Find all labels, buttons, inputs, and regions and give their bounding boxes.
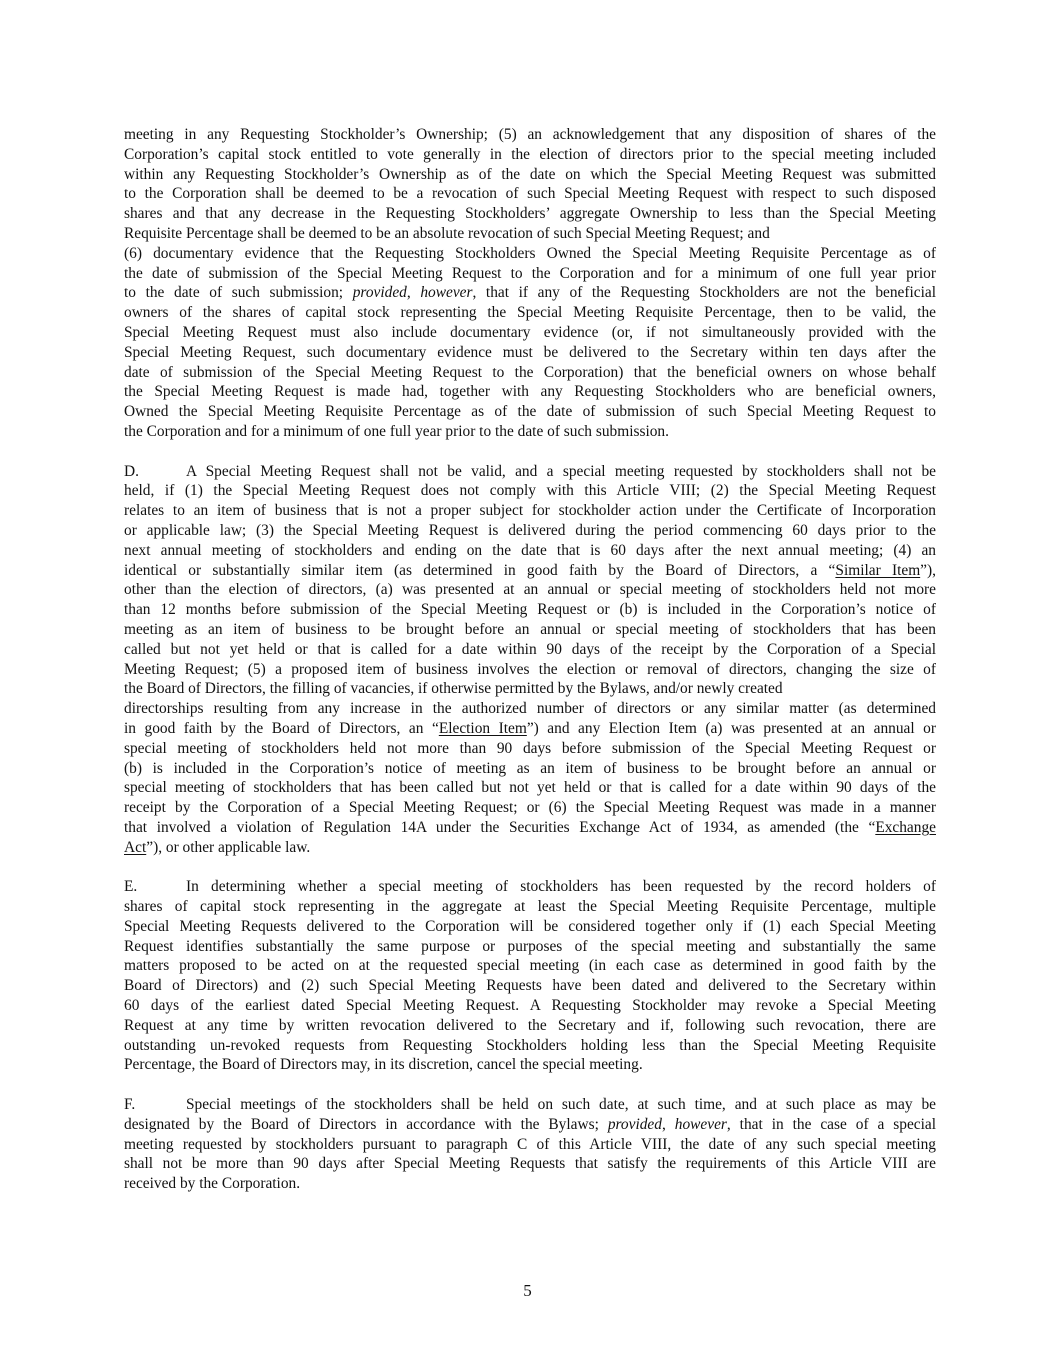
- text-line: other than the election of directors, (a…: [124, 580, 936, 600]
- page-number: 5: [0, 1281, 1055, 1301]
- text-line: designated by the Board of Directors in …: [124, 1115, 936, 1135]
- text-line: Request identifies substantially the sam…: [124, 937, 936, 957]
- text-line: Board of Directors) and (2) such Special…: [124, 976, 936, 996]
- text-line: (6) documentary evidence that the Reques…: [124, 244, 936, 264]
- text-line: special meeting of stockholders that has…: [124, 778, 936, 798]
- text-line: the Board of Directors, the filling of v…: [124, 679, 936, 699]
- text-line: Special Meeting Request, such documentar…: [124, 343, 936, 363]
- text-line: the Corporation and for a minimum of one…: [124, 422, 936, 442]
- text-line: within any Requesting Stockholder’s Owne…: [124, 165, 936, 185]
- text-line: shares of capital stock representing in …: [124, 897, 936, 917]
- text-line: special meeting of stockholders held not…: [124, 739, 936, 759]
- text-line: outstanding un-revoked requests from Req…: [124, 1036, 936, 1056]
- text-line: shall not be more than 90 days after Spe…: [124, 1154, 936, 1174]
- text-line: meeting as an item of business to be bro…: [124, 620, 936, 640]
- paragraph-f: F.Special meetings of the stockholders s…: [124, 1095, 936, 1194]
- text-line: meeting requested by stockholders pursua…: [124, 1135, 936, 1155]
- text-line: Requisite Percentage shall be deemed to …: [124, 224, 936, 244]
- text-line: Act”), or other applicable law.: [124, 838, 936, 858]
- text-line: meeting in any Requesting Stockholder’s …: [124, 125, 936, 145]
- text-line: Percentage, the Board of Directors may, …: [124, 1055, 936, 1075]
- paragraph-label: F.: [124, 1095, 186, 1115]
- paragraph-d: D.A Special Meeting Request shall not be…: [124, 462, 936, 858]
- text-line: next annual meeting of stockholders and …: [124, 541, 936, 561]
- text-line: identical or substantially similar item …: [124, 561, 936, 581]
- paragraph-label: E.: [124, 877, 186, 897]
- text-line: to the date of such submission; provided…: [124, 283, 936, 303]
- text-line: Special Meeting Request must also includ…: [124, 323, 936, 343]
- text-line: to the Corporation shall be deemed to be…: [124, 184, 936, 204]
- text-line: or applicable law; (3) the Special Meeti…: [124, 521, 936, 541]
- text-line: shares and that any decrease in the Requ…: [124, 204, 936, 224]
- text-line: in good faith by the Board of Directors,…: [124, 719, 936, 739]
- paragraph-e: E.In determining whether a special meeti…: [124, 877, 936, 1075]
- text-line: Request at any time by written revocatio…: [124, 1016, 936, 1036]
- text-line: called but not yet held or that is calle…: [124, 640, 936, 660]
- text-line: the date of submission of the Special Me…: [124, 264, 936, 284]
- text-line: matters proposed to be acted on at the r…: [124, 956, 936, 976]
- text-line: F.Special meetings of the stockholders s…: [124, 1095, 936, 1115]
- text-line: relates to an item of business that is n…: [124, 501, 936, 521]
- text-line: Corporation’s capital stock entitled to …: [124, 145, 936, 165]
- text-line: (b) is included in the Corporation’s not…: [124, 759, 936, 779]
- text-line: Owned the Special Meeting Requisite Perc…: [124, 402, 936, 422]
- text-line: directorships resulting from any increas…: [124, 699, 936, 719]
- text-line: that involved a violation of Regulation …: [124, 818, 936, 838]
- paragraph-continued: meeting in any Requesting Stockholder’s …: [124, 125, 936, 442]
- paragraph-label: D.: [124, 462, 186, 482]
- text-line: Special Meeting Requests delivered to th…: [124, 917, 936, 937]
- text-line: held, if (1) the Special Meeting Request…: [124, 481, 936, 501]
- text-line: received by the Corporation.: [124, 1174, 936, 1194]
- document-body: meeting in any Requesting Stockholder’s …: [124, 125, 936, 1214]
- text-line: than 12 months before submission of the …: [124, 600, 936, 620]
- text-line: receipt by the Corporation of a Special …: [124, 798, 936, 818]
- text-line: D.A Special Meeting Request shall not be…: [124, 462, 936, 482]
- text-line: owners of the shares of capital stock re…: [124, 303, 936, 323]
- text-line: date of submission of the Special Meetin…: [124, 363, 936, 383]
- text-line: the Special Meeting Request is made had,…: [124, 382, 936, 402]
- text-line: Meeting Request; (5) a proposed item of …: [124, 660, 936, 680]
- text-line: 60 days of the earliest dated Special Me…: [124, 996, 936, 1016]
- text-line: E.In determining whether a special meeti…: [124, 877, 936, 897]
